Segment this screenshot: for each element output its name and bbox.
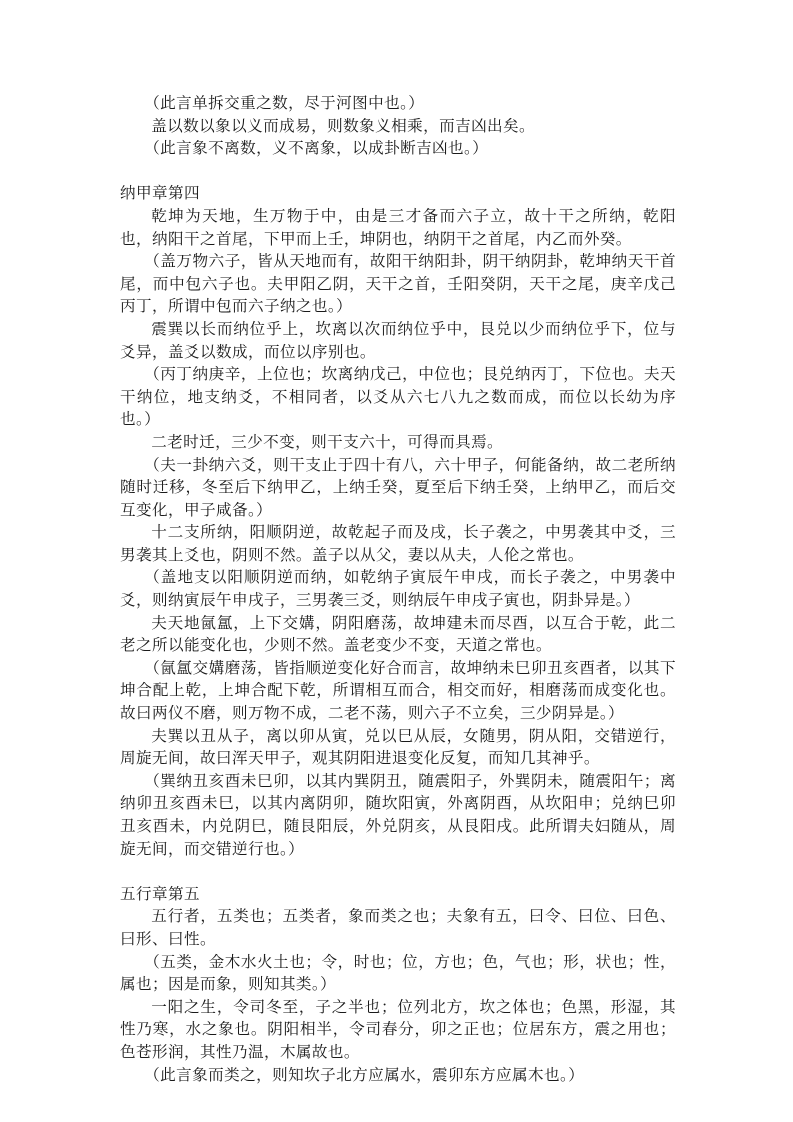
annotation-paragraph: （五类，金木水火土也；令，时也；位，方也；色，气也；形，状也；性，属也；因是而象… <box>120 951 676 996</box>
chapter-heading: 纳甲章第四 <box>120 182 676 205</box>
text-paragraph: 二老时迁，三少不变，则干支六十，可得而具焉。 <box>120 431 676 454</box>
annotation-paragraph: （盖地支以阳顺阴逆而纳，如乾纳子寅辰午申戌，而长子袭之，中男袭中爻，则纳寅辰午申… <box>120 566 676 611</box>
text-paragraph: 一阳之生，令司冬至，子之半也；位列北方，坎之体也；色黑，形湿，其性乃寒，水之象也… <box>120 996 676 1064</box>
annotation-paragraph: （夫一卦纳六爻，则干支止于四十有八，六十甲子，何能备纳，故二老所纳随时迁移，冬至… <box>120 454 676 522</box>
annotation-paragraph: （盖万物六子，皆从天地而有，故阳干纳阳卦，阴干纳阴卦，乾坤纳天干首尾，而中包六子… <box>120 250 676 318</box>
text-paragraph: 十二支所纳，阳顺阴逆，故乾起子而及戌，长子袭之，中男袭其中爻，三男袭其上爻也，阴… <box>120 521 676 566</box>
annotation-paragraph: （此言象不离数，义不离象，以成卦断吉凶也。） <box>120 137 676 160</box>
annotation-paragraph: （巽纳丑亥酉未巳卯，以其内巽阴丑，随震阳子，外巽阴未，随震阳午；离纳卯丑亥酉未巳… <box>120 770 676 860</box>
annotation-paragraph: （氤氲交媾磨荡，皆指顺逆变化好合而言，故坤纳未巳卯丑亥酉者，以其下坤合配上乾，上… <box>120 657 676 725</box>
document-page: （此言单拆交重之数，尽于河图中也。） 盖以数以象以义而成易，则数象义相乘，而吉凶… <box>120 92 676 1086</box>
spacer <box>120 160 676 183</box>
text-paragraph: 盖以数以象以义而成易，则数象义相乘，而吉凶出矣。 <box>120 115 676 138</box>
spacer <box>120 860 676 883</box>
annotation-paragraph: （此言单拆交重之数，尽于河图中也。） <box>120 92 676 115</box>
text-paragraph: 夫巽以丑从子，离以卯从寅，兑以巳从辰，女随男，阴从阳，交错逆行，周旋无间，故曰浑… <box>120 725 676 770</box>
text-paragraph: 乾坤为天地，生万物于中，由是三才备而六子立，故十干之所纳，乾阳也，纳阳干之首尾，… <box>120 205 676 250</box>
text-paragraph: 震巽以长而纳位乎上，坎离以次而纳位乎中，艮兑以少而纳位乎下，位与爻异，盖爻以数成… <box>120 318 676 363</box>
text-paragraph: 五行者，五类也；五类者，象而类之也；夫象有五，曰令、曰位、曰色、曰形、曰性。 <box>120 905 676 950</box>
chapter-heading: 五行章第五 <box>120 883 676 906</box>
annotation-paragraph: （丙丁纳庚辛，上位也；坎离纳戊己，中位也；艮兑纳丙丁，下位也。夫天干纳位，地支纳… <box>120 363 676 431</box>
text-paragraph: 夫天地氤氲，上下交媾，阴阳磨荡，故坤建未而尽酉，以互合于乾，此二老之所以能变化也… <box>120 612 676 657</box>
annotation-paragraph: （此言象而类之，则知坎子北方应属水，震卯东方应属木也。） <box>120 1064 676 1087</box>
